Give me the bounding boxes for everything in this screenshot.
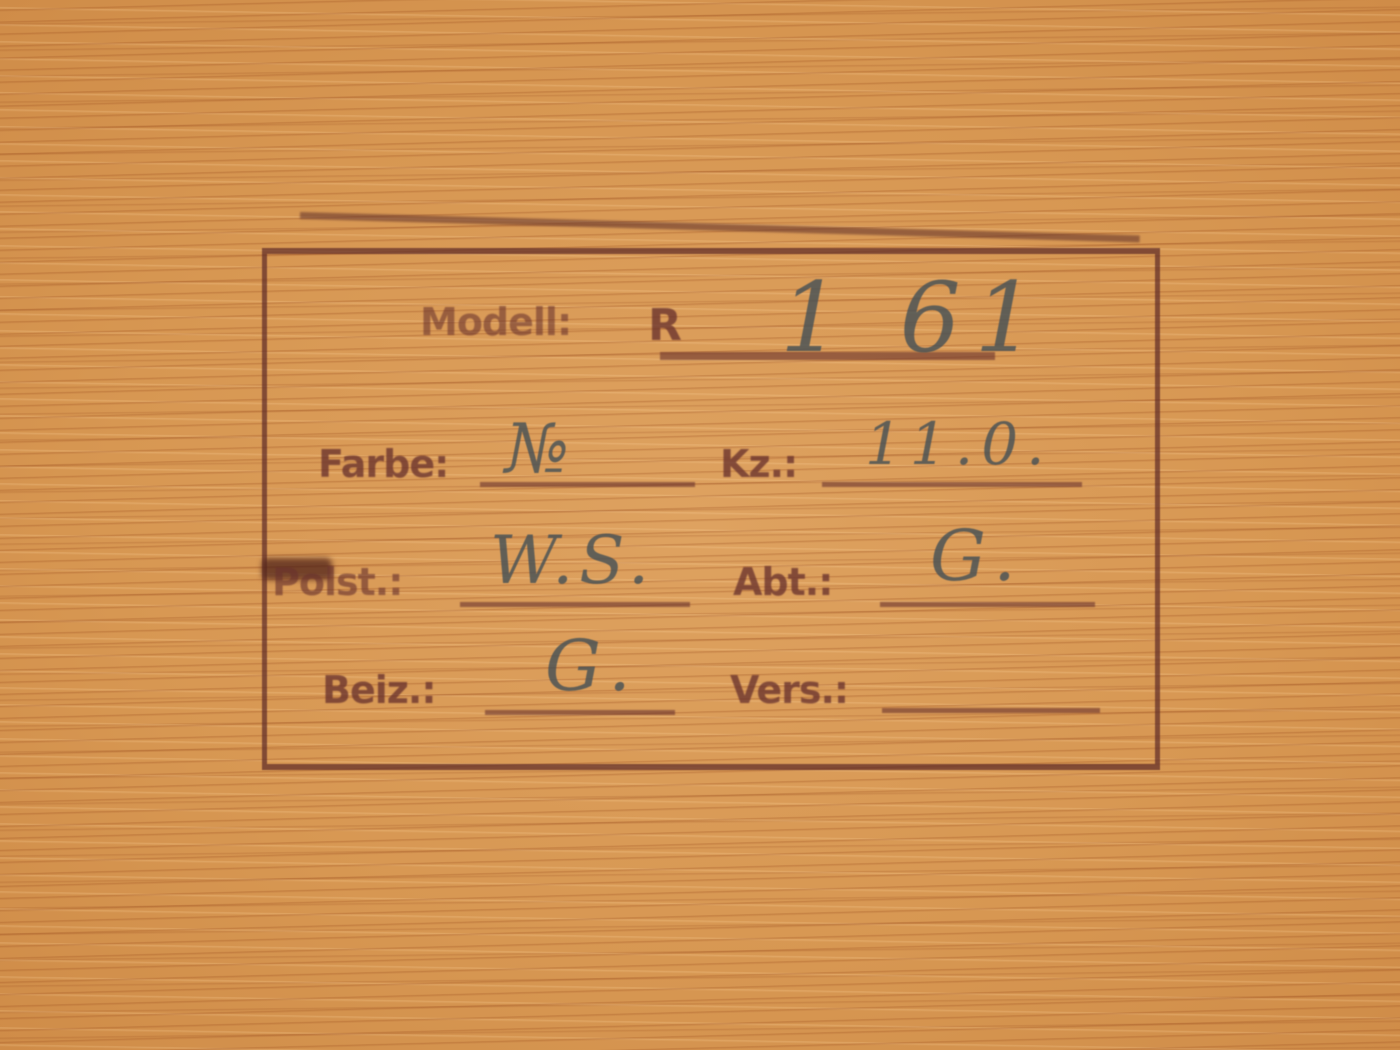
field-label-modell: Modell: [420,300,571,344]
field-label-farbe: Farbe: [318,442,448,486]
field-line-polst [460,602,690,607]
field-value-kz: 11.0. [865,410,1053,478]
field-line-vers [882,708,1100,713]
field-value-beiz: G. [545,625,641,707]
field-label-polst: Polst.: [272,560,402,604]
model-prefix: R [648,300,681,351]
field-value-farbe: № [505,410,569,489]
field-value-abt: G. [930,515,1026,597]
field-label-kz: Kz.: [720,442,797,486]
field-line-beiz [485,710,675,715]
field-line-kz [822,482,1082,487]
field-label-abt: Abt.: [733,560,832,604]
field-label-vers: Vers.: [730,668,848,712]
field-line-abt [880,602,1095,607]
field-value-modell: 1 61 [780,262,1050,374]
field-label-beiz: Beiz.: [322,668,436,712]
field-value-polst: W.S. [490,522,655,599]
